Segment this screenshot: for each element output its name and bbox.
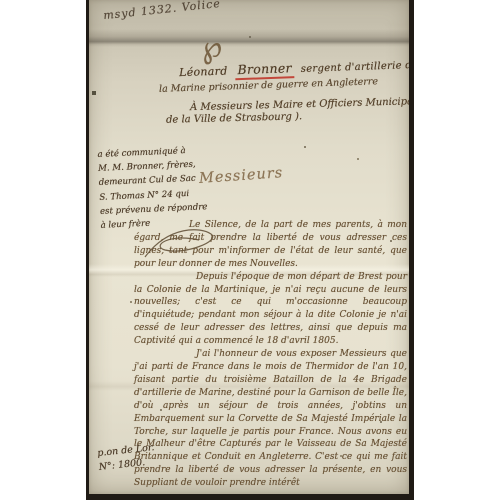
letter-body: Le Silence, de la part de mes parents, à…	[134, 219, 407, 490]
letter-photo[interactable]: msyd 1332. Volice ℘ LéonardBronnersergen…	[86, 0, 414, 500]
letter-paragraph: Depuis l'époque de mon départ de Brest p…	[134, 271, 407, 348]
archival-number-annotation: msyd 1332. Volice	[103, 0, 222, 22]
letter-paragraph: J'ai l'honneur de vous exposer Messieurs…	[134, 348, 407, 490]
scanned-letter-canvas: msyd 1332. Volice ℘ LéonardBronnersergen…	[0, 0, 500, 500]
paper-specks	[89, 0, 91, 2]
sender-title: sergent d'artillerie de	[301, 60, 409, 75]
letter-paper: msyd 1332. Volice ℘ LéonardBronnersergen…	[89, 0, 409, 494]
sender-surname-red-underlined: Bronner	[235, 60, 294, 80]
sender-firstname: Léonard	[179, 64, 228, 79]
fold-shadow-top	[89, 29, 409, 47]
recipient-line2: de la Ville de Strasbourg ).	[166, 111, 302, 126]
sender-title-line2: la Marine prisonnier de guerre en Anglet…	[159, 76, 378, 95]
letter-paragraph: Le Silence, de la part de mes parents, à…	[134, 219, 407, 271]
